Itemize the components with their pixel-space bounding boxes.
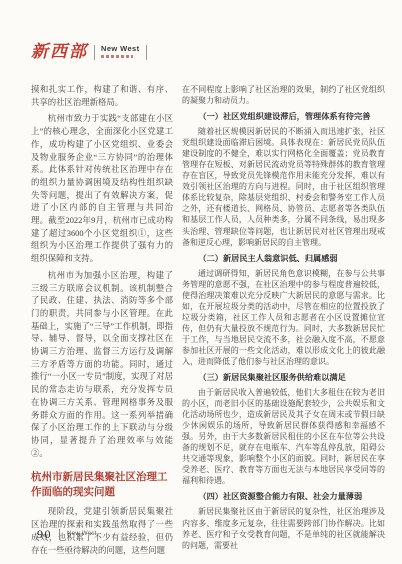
article-section-title: 杭州市新居民集聚社区治理工作面临的现实问题 [31, 470, 173, 500]
section-heading-1: （一）社区党组织建设滞后，管理体系有待完善 [182, 111, 385, 122]
page-footer: 90 New West [37, 528, 97, 540]
paragraph: 随着社区规模因新居民的不断涌入而迅速扩张，社区党组织建设面临滞后困境。具体表现在… [182, 126, 385, 248]
paragraph: 通过调研得知，新居民角色意识模糊，在参与公共事务管理的意愿不强，在社区治理中的参… [182, 268, 385, 367]
page-number: 90 [37, 528, 52, 540]
paragraph: 杭州市致力于实践“支部建在小区上”的核心理念，全面深化小区党建工作，成功构建了小… [31, 113, 173, 265]
footer-journal-name: New West [67, 531, 97, 537]
right-column: 在不同程度上影响了社区治理的效果，制约了社区党组织的凝聚力和动员力。 （一）社区… [182, 84, 385, 561]
left-column: 摸和扎实工作，构建了和谐、有序、共享的社区治理新格局。 杭州市致力于实践“支部建… [31, 84, 173, 561]
section-heading-4: （四）社区资源整合能力有限、社会力量薄弱 [182, 491, 385, 502]
paragraph: 新居民集聚社区由于新居民的复杂性，社区治理涉及内容多、维度多元复杂，往往需要跨部… [182, 506, 385, 550]
journal-logo: 新西部 New West [31, 42, 147, 62]
footer-divider [59, 529, 60, 540]
paragraph: 杭州市为加强小区治理，构建了三级三方联席会议机制。该机制整合了民政、住建、执法、… [31, 270, 173, 461]
logo-divider-right [146, 45, 147, 60]
logo-english-title: New West [101, 45, 140, 53]
logo-chinese-title: 新西部 [31, 42, 88, 62]
logo-divider [94, 45, 95, 60]
section-heading-3: （三）新居民集聚社区服务供给难以满足 [182, 372, 385, 383]
journal-page: 新西部 New West 摸和扎实工作，构建了和谐、有序、共享的社区治理新格局。… [0, 0, 402, 564]
paragraph: 由于新居民收入普遍较低，他们大多租住在较为老旧的小区，而老旧小区的基础设施配套较… [182, 387, 385, 486]
section-heading-2: （二）新居民主人翁意识低、归属感弱 [182, 253, 385, 264]
logo-subtext-mark [101, 55, 133, 58]
article-body: 摸和扎实工作，构建了和谐、有序、共享的社区治理新格局。 杭州市致力于实践“支部建… [31, 84, 385, 561]
paragraph: 在不同程度上影响了社区治理的效果，制约了社区党组织的凝聚力和动员力。 [182, 84, 385, 106]
paragraph: 摸和扎实工作，构建了和谐、有序、共享的社区治理新格局。 [31, 84, 173, 109]
